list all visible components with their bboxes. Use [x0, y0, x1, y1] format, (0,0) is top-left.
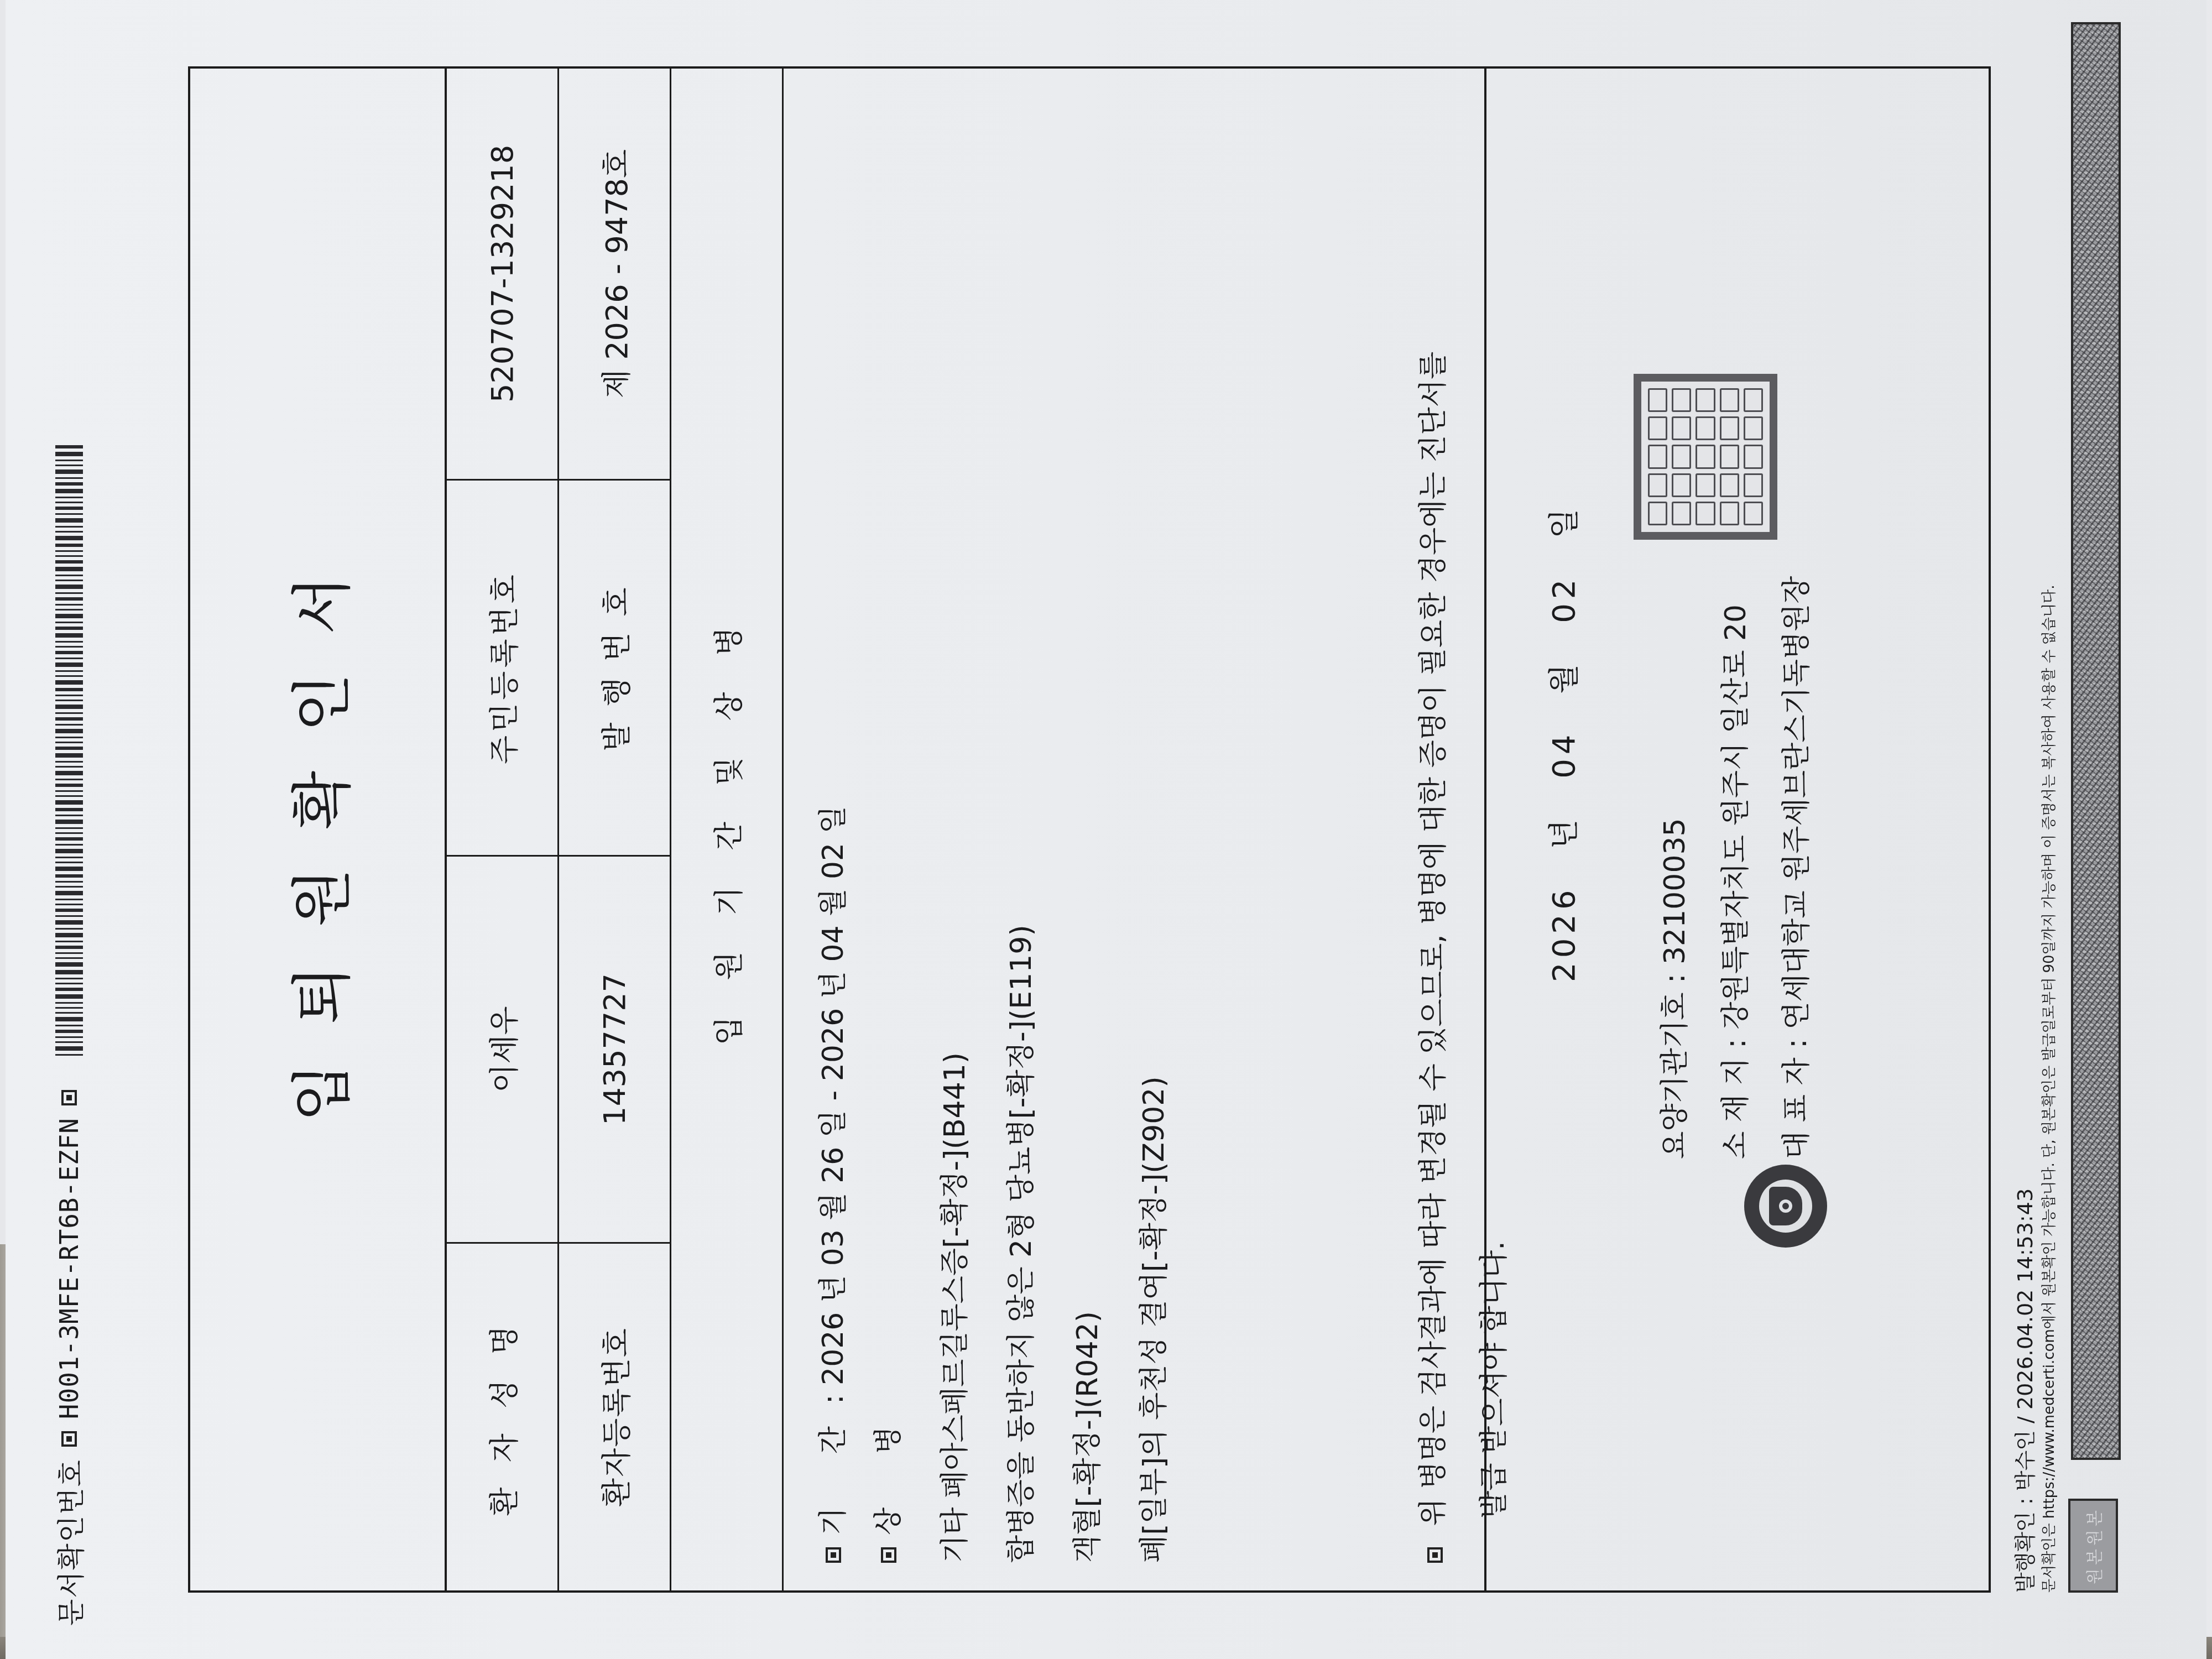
- admission-details: 기 간 : 2026 년 03 월 26 일 - 2026 년 04 월 02 …: [784, 69, 1525, 1590]
- square-bullet-icon: [1427, 1547, 1443, 1563]
- certificate-frame: 입퇴원확인서 환 자 성 명 이세우 주민등록번호 520707-1329218…: [188, 66, 1991, 1593]
- period-label: 기 간: [819, 1404, 848, 1535]
- issue-number: 제 2026 - 9478호: [559, 69, 670, 479]
- issuer-line: 발행확인 : 박수인 / 2026.04.02 14:53:43: [2013, 100, 2037, 1593]
- anti-copy-pattern: [2071, 22, 2121, 1460]
- official-stamp-icon: [1634, 374, 1777, 540]
- diagnosis-heading: 상 병: [861, 96, 916, 1563]
- university-seal-icon: [1744, 1165, 1827, 1248]
- period-value: : 2026 년 03 월 26 일 - 2026 년 04 월 02 일: [819, 806, 848, 1404]
- diagnosis-item: 합병증을 동반하지 않은 2형 당뇨병[-확정-](E119): [994, 96, 1049, 1563]
- square-bullet-icon: [826, 1547, 841, 1563]
- diagnosis-item: 객혈[-확정-](R042): [1060, 96, 1115, 1563]
- patient-name: 이세우: [447, 855, 557, 1242]
- institution-code: 요양기관기호 : 32100035: [1645, 576, 1705, 1159]
- resident-number-label: 주민등록번호: [447, 479, 557, 855]
- square-bullet-icon: [61, 1090, 77, 1105]
- page-title: 입퇴원확인서: [274, 537, 361, 1122]
- issuance-footer: 발행확인 : 박수인 / 2026.04.02 14:53:43 문서확인은 h…: [2013, 100, 2062, 1593]
- patient-number-label: 환자등록번호: [559, 1242, 670, 1590]
- document-number-label: 문서확인번호: [49, 1459, 89, 1626]
- patient-number: 14357727: [559, 855, 670, 1242]
- issue-number-label: 발 행 번 호: [559, 479, 670, 855]
- document-number: H001-3MFE-RT6B-EZFN: [54, 1118, 84, 1419]
- original-watermark: 원본원본: [2068, 1499, 2118, 1593]
- resident-number: 520707-1329218: [447, 69, 557, 479]
- verification-note: 문서확인은 https://www.medcerti.com에서 원본확인 가능…: [2037, 100, 2062, 1593]
- barcode: [55, 442, 83, 1056]
- certificate-sheet: 문서확인번호 H001-3MFE-RT6B-EZFN 입퇴원확인서 환 자 성 …: [6, 0, 2206, 1659]
- notice-line-1: 위 병명은 검사결과에 따라 변경될 수 있으므로, 병명에 대한 증명이 필요…: [1417, 352, 1450, 1526]
- square-bullet-icon: [881, 1547, 896, 1563]
- diagnosis-item: 기타 폐아스페르길루스증[-확정-](B441): [927, 96, 983, 1563]
- document-number-header: 문서확인번호 H001-3MFE-RT6B-EZFN: [44, 33, 94, 1626]
- institution-representative: 대 표 자 : 연세대학교 원주세브란스기독병원장: [1766, 576, 1827, 1159]
- title-row: 입퇴원확인서: [190, 69, 447, 1590]
- patient-info-row-1: 환 자 성 명 이세우 주민등록번호 520707-1329218: [447, 69, 559, 1590]
- institution-info: 요양기관기호 : 32100035 소 재 지 : 강원특별자치도 원주시 일산…: [1645, 576, 1827, 1159]
- patient-info-row-2: 환자등록번호 14357727 발 행 번 호 제 2026 - 9478호: [559, 69, 671, 1590]
- institution-address: 소 재 지 : 강원특별자치도 원주시 일산로 20: [1705, 576, 1766, 1159]
- period-line: 기 간 : 2026 년 03 월 26 일 - 2026 년 04 월 02 …: [806, 96, 861, 1563]
- diagnosis-item: 폐[일부]의 후천성 결여[-확정-](Z902): [1126, 96, 1182, 1563]
- diagnosis-label: 상 병: [874, 1404, 903, 1535]
- patient-name-label: 환 자 성 명: [447, 1242, 557, 1590]
- issuer-block: 2026 년 04 월 02 일 요양기관기호 : 32100035 소 재 지…: [1484, 69, 1989, 1590]
- issue-date: 2026 년 04 월 02 일: [1540, 504, 1584, 982]
- square-bullet-icon: [61, 1431, 77, 1447]
- section-title: 입 원 기 간 및 상 병: [671, 69, 784, 1590]
